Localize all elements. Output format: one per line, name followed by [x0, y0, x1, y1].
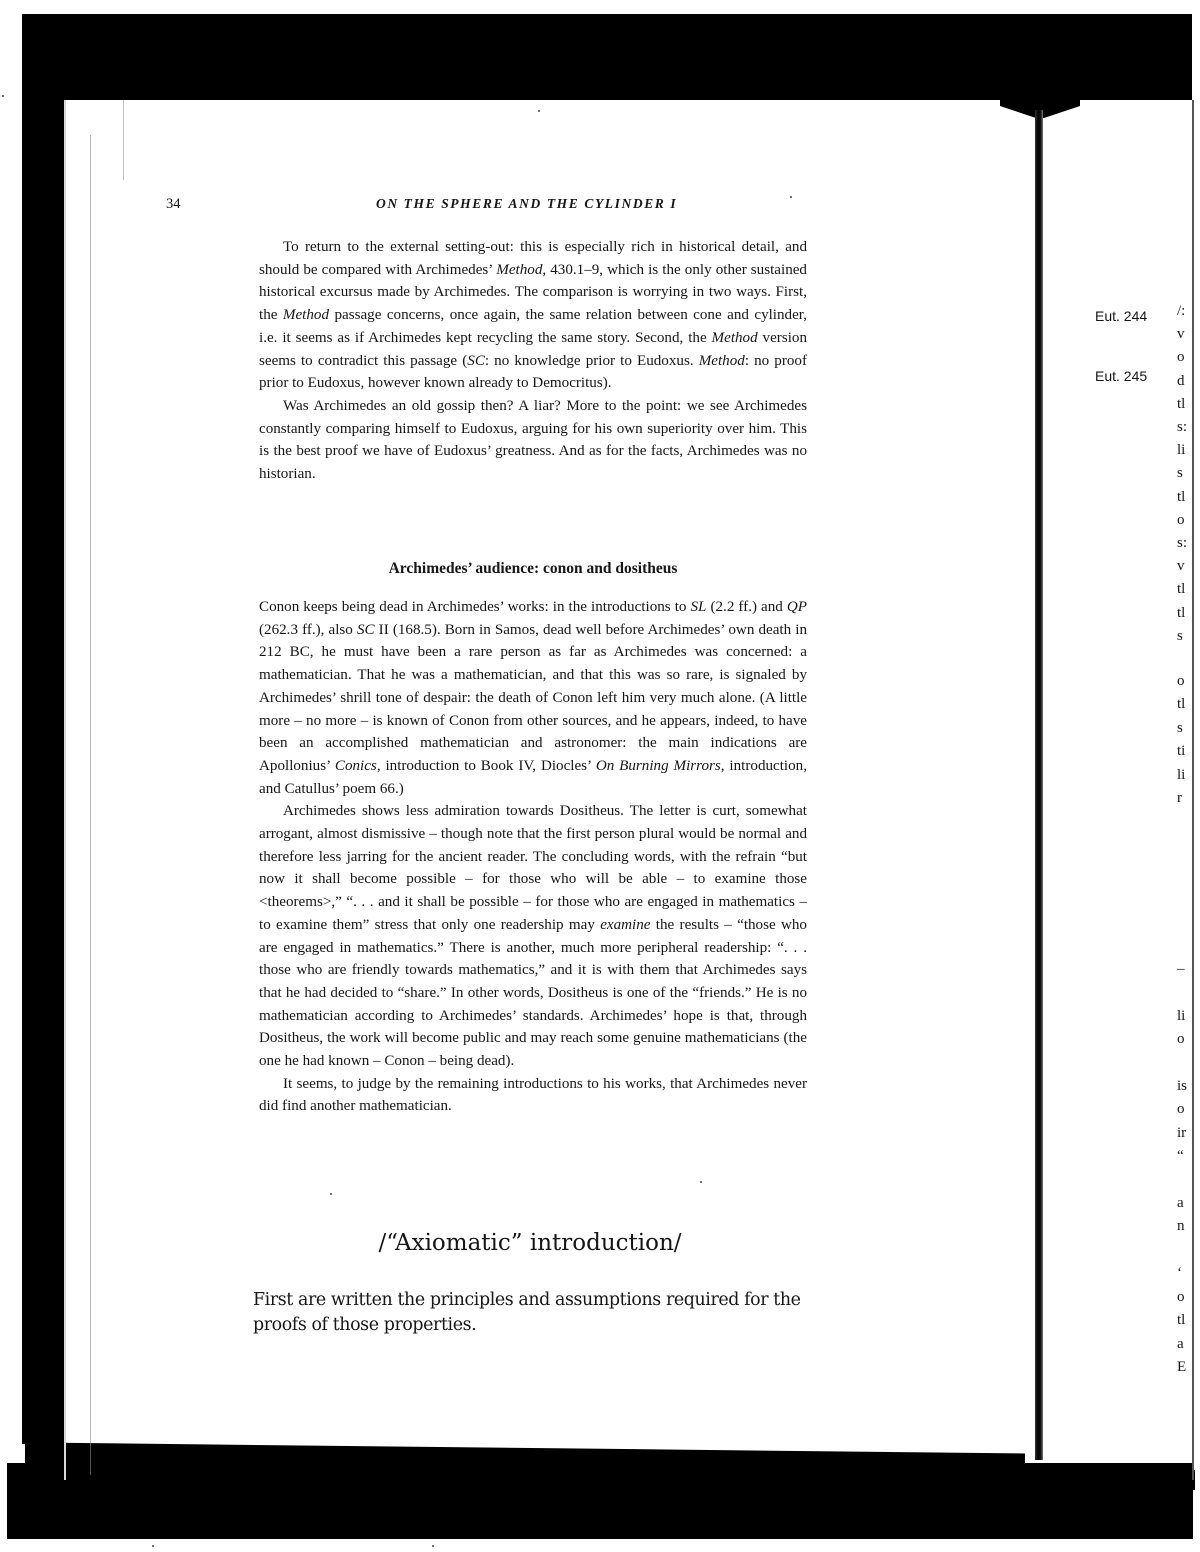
scan-speck [330, 1193, 332, 1195]
italic-text: On Burning Mirrors [596, 758, 721, 774]
italic-text: examine [600, 917, 650, 933]
text-run: Archimedes shows less admiration towards… [259, 803, 807, 933]
page-number: 34 [166, 196, 181, 213]
italic-text: SL [690, 599, 706, 615]
section-heading: Archimedes’ audience: conon and dositheu… [259, 560, 807, 578]
text-run: (262.3 ff.), also [259, 622, 357, 638]
margin-note: Eut. 244 [1095, 308, 1147, 324]
italic-text: Method [699, 353, 745, 369]
facing-page-text-fragment: – li o is o ir “ a n ‘ o tl a E [1177, 958, 1200, 1379]
scan-border-top [22, 14, 1192, 100]
paragraph: Conon keeps being dead in Archimedes’ wo… [259, 596, 807, 800]
paragraph: It seems, to judge by the remaining intr… [259, 1073, 807, 1118]
italic-text: SC [467, 353, 485, 369]
page-edge-left [64, 100, 66, 1480]
text-run: It seems, to judge by the remaining intr… [259, 1076, 807, 1115]
scan-speck [432, 1545, 434, 1547]
scan-speck [790, 196, 792, 198]
text-run: : no knowledge prior to Eudoxus. [485, 353, 699, 369]
text-run: the results – “those who are engaged in … [259, 917, 807, 1069]
translation-heading: /“Axiomatic” introduction/ [250, 1230, 810, 1256]
text-run: Was Archimedes an old gossip then? A lia… [259, 398, 807, 482]
commentary-section-2: Conon keeps being dead in Archimedes’ wo… [259, 596, 807, 1118]
paragraph: Was Archimedes an old gossip then? A lia… [259, 395, 807, 486]
italic-text: Conics [335, 758, 377, 774]
italic-text: QP [787, 599, 807, 615]
italic-text: Method [496, 262, 542, 278]
facing-page-text-fragment: o tl s ti li r [1177, 670, 1200, 810]
margin-note: Eut. 245 [1095, 368, 1147, 384]
running-head: 34 ON THE SPHERE AND THE CYLINDER I [166, 196, 866, 216]
scan-speck [700, 1181, 702, 1183]
italic-text: Method [712, 330, 758, 346]
scan-border-bottom [7, 1463, 1193, 1539]
paragraph: Archimedes shows less admiration towards… [259, 800, 807, 1072]
text-run: Conon keeps being dead in Archimedes’ wo… [259, 599, 690, 615]
text-run: (2.2 ff.) and [706, 599, 786, 615]
page-edge-line [90, 135, 91, 1475]
book-spine-shadow [1035, 110, 1043, 1460]
translation-text: First are written the principles and ass… [253, 1288, 813, 1337]
scan-speck [152, 1545, 154, 1547]
text-run: , introduction to Book IV, Diocles’ [377, 758, 596, 774]
paragraph: To return to the external setting-out: t… [259, 236, 807, 395]
facing-page-text-fragment: /: v o d tl s: li s tl o s: v tl tl s [1177, 300, 1200, 648]
scan-border-left [22, 14, 64, 1444]
running-title: ON THE SPHERE AND THE CYLINDER I [376, 196, 677, 212]
italic-text: Method [283, 307, 329, 323]
text-run: II (168.5). Born in Samos, dead well be­… [259, 622, 807, 774]
scan-speck [538, 110, 540, 112]
commentary-section-1: To return to the external setting-out: t… [259, 236, 807, 486]
page-edge-line [123, 100, 124, 180]
scan-speck [2, 95, 4, 97]
scan-border-bottom-right [1045, 1470, 1195, 1490]
italic-text: SC [357, 622, 375, 638]
